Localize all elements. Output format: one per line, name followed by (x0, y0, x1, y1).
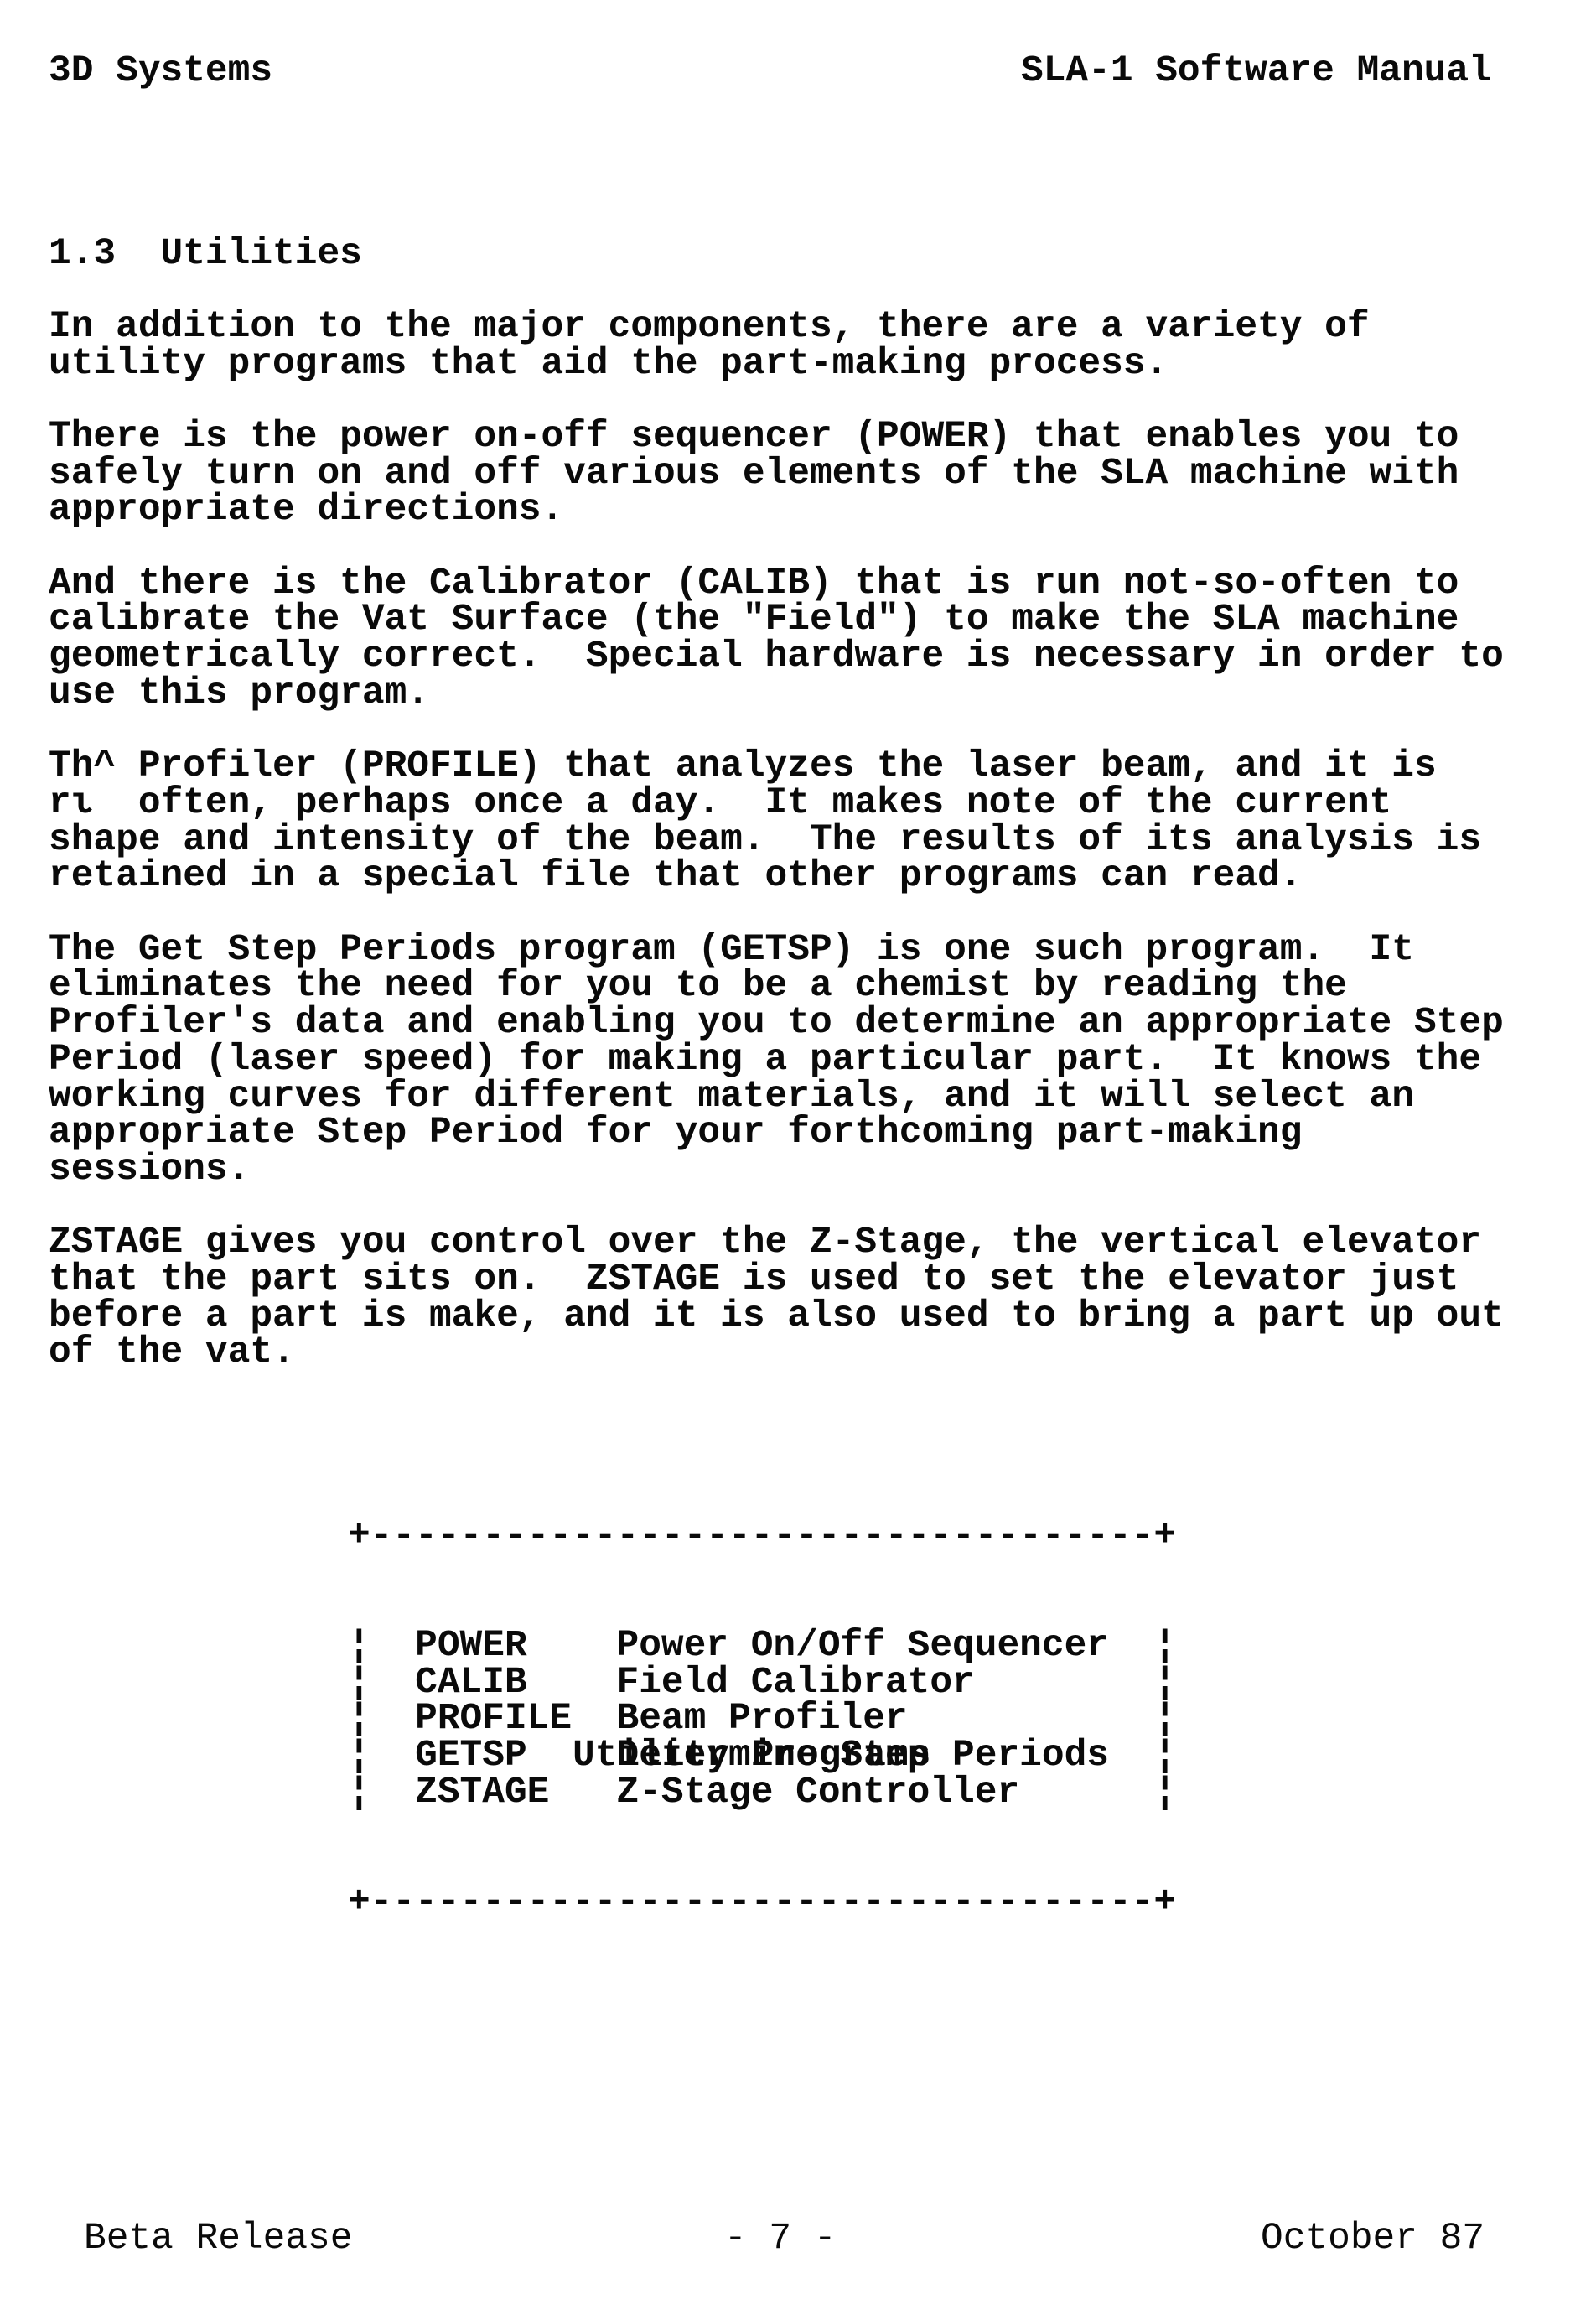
paragraph-line: before a part is make, and it is also us… (49, 1299, 1504, 1336)
column-gap (527, 1625, 617, 1667)
paragraph: In addition to the major components, the… (49, 309, 1370, 382)
row-padding (908, 1698, 1154, 1740)
table-border-right: ¦ (1153, 1625, 1176, 1667)
paragraph-line: Th^ Profiler (PROFILE) that analyzes the… (49, 749, 1481, 786)
table-border-left: ¦ (348, 1662, 415, 1704)
paragraph-line: use this program. (49, 676, 1504, 713)
program-name: POWER (415, 1625, 527, 1667)
table-caption: Utility Programs (573, 1737, 930, 1775)
paragraph: ZSTAGE gives you control over the Z-Stag… (49, 1225, 1504, 1372)
paragraph-line: appropriate Step Period for your forthco… (49, 1115, 1504, 1152)
footer-date: October 87 (1261, 2220, 1485, 2258)
paragraph-line: And there is the Calibrator (CALIB) that… (49, 566, 1504, 603)
table-border-left: ¦ (348, 1625, 415, 1667)
paragraph-line: safely turn on and off various elements … (49, 456, 1459, 493)
table-border-right: ¦ (1153, 1772, 1176, 1814)
paragraph-line: geometrically correct. Special hardware … (49, 639, 1504, 676)
table-row: ¦ ZSTAGE Z-Stage Controller ¦ (348, 1775, 1176, 1812)
program-name: CALIB (415, 1662, 527, 1704)
footer-page-number: - 7 - (724, 2220, 837, 2258)
paragraph-line: appropriate directions. (49, 492, 1459, 529)
program-name: ZSTAGE (415, 1772, 549, 1814)
paragraph-line: There is the power on-off sequencer (POW… (49, 419, 1459, 456)
table-border-left: ¦ (348, 1772, 415, 1814)
paragraph-line: eliminates the need for you to be a chem… (49, 968, 1504, 1005)
paragraph-line: of the vat. (49, 1335, 1504, 1372)
paragraph-line: that the part sits on. ZSTAGE is used to… (49, 1262, 1504, 1299)
program-description: Power On/Off Sequencer (616, 1625, 1109, 1667)
paragraph-line: working curves for different materials, … (49, 1079, 1504, 1116)
table-border-left: ¦ (348, 1698, 415, 1740)
column-gap (549, 1772, 616, 1814)
paragraph-line: The Get Step Periods program (GETSP) is … (49, 932, 1504, 969)
page-header-document-title: SLA-1 Software Manual (1021, 53, 1491, 91)
paragraph-line: calibrate the Vat Surface (the "Field") … (49, 602, 1504, 639)
row-padding (1109, 1625, 1153, 1667)
paragraph-line: retained in a special file that other pr… (49, 859, 1481, 895)
program-name: PROFILE (415, 1698, 572, 1740)
paragraph-line: shape and intensity of the beam. The res… (49, 823, 1481, 859)
program-name: GETSP (415, 1735, 527, 1777)
program-description: Z-Stage Controller (616, 1772, 1019, 1814)
program-description: Field Calibrator (616, 1662, 974, 1704)
paragraph: The Get Step Periods program (GETSP) is … (49, 932, 1504, 1189)
footer-release: Beta Release (84, 2220, 352, 2258)
table-border-bottom: +-----------------------------------+ (348, 1885, 1176, 1922)
paragraph-line: Profiler's data and enabling you to dete… (49, 1005, 1504, 1042)
table-border-right: ¦ (1153, 1735, 1176, 1777)
paragraph-line: In addition to the major components, the… (49, 309, 1370, 346)
table-border-top: +-----------------------------------+ (348, 1518, 1176, 1555)
table-row: ¦ POWER Power On/Off Sequencer ¦ (348, 1628, 1176, 1665)
row-padding (1109, 1735, 1153, 1777)
table-border-right: ¦ (1153, 1698, 1176, 1740)
column-gap (527, 1662, 617, 1704)
table-row: ¦ CALIB Field Calibrator ¦ (348, 1665, 1176, 1702)
paragraph-line: utility programs that aid the part-makin… (49, 346, 1370, 383)
paragraph-line: sessions. (49, 1152, 1504, 1189)
column-gap (572, 1698, 616, 1740)
utility-programs-table: +-----------------------------------+ ¦ … (348, 1445, 1176, 1959)
program-description: Beam Profiler (616, 1698, 907, 1740)
paragraph: Th^ Profiler (PROFILE) that analyzes the… (49, 749, 1481, 895)
row-padding (1019, 1772, 1153, 1814)
paragraph-line: ZSTAGE gives you control over the Z-Stag… (49, 1225, 1504, 1262)
paragraph-line: rι often, perhaps once a day. It makes n… (49, 786, 1481, 823)
table-border-left: ¦ (348, 1735, 415, 1777)
section-heading: 1.3 Utilities (49, 236, 362, 273)
paragraph: And there is the Calibrator (CALIB) that… (49, 566, 1504, 713)
table-border-right: ¦ (1153, 1662, 1176, 1704)
row-padding (975, 1662, 1154, 1704)
paragraph-line: Period (laser speed) for making a partic… (49, 1042, 1504, 1079)
page-header-company: 3D Systems (49, 53, 272, 91)
table-row: ¦ PROFILE Beam Profiler ¦ (348, 1701, 1176, 1738)
paragraph: There is the power on-off sequencer (POW… (49, 419, 1459, 529)
